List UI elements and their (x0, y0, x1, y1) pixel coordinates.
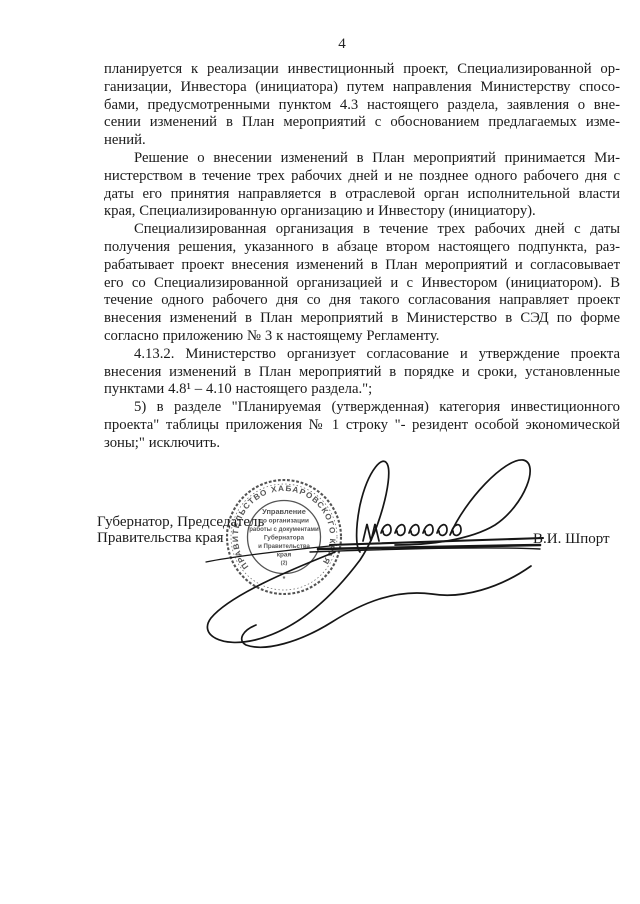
text-line: бами, предусмотренными пунктом 4.3 насто… (104, 97, 620, 115)
text-line: внесения изменений в План мероприятий в … (104, 310, 620, 328)
paragraph: Специализированная организация в течение… (104, 221, 620, 346)
paragraph: Решение о внесении изменений в План меро… (104, 150, 620, 221)
text-line: ганизации, Инвестора (инициатора) путем … (104, 79, 620, 97)
signature-stroke (330, 538, 543, 545)
signer-name: В.И. Шпорт (533, 531, 610, 548)
page-number: 4 (84, 36, 600, 53)
text-line: 4.13.2. Министерство организует согласов… (104, 346, 620, 364)
scanned-document-page: 4 планируется к реализации инвестиционны… (0, 0, 640, 904)
text-line: пунктами 4.8¹ – 4.10 настоящего раздела.… (104, 381, 620, 399)
signature-stroke (206, 546, 330, 562)
text-line: Специализированная организация в течение… (104, 221, 620, 239)
paragraph: 4.13.2. Министерство организует согласов… (104, 346, 620, 399)
text-line: согласно приложению № 3 к настоящему Рег… (104, 328, 620, 346)
text-line: Решение о внесении изменений в План меро… (104, 150, 620, 168)
text-line: нений. (104, 132, 620, 150)
text-line: 5) в разделе "Планируемая (утвержденная)… (104, 399, 620, 417)
text-line: получения решения, указанного в абзаце в… (104, 239, 620, 257)
text-line: нистерством в течение трех рабочих дней … (104, 168, 620, 186)
text-line: внесения изменений в План мероприятий в … (104, 364, 620, 382)
text-line: края, Специализированную организацию и И… (104, 203, 620, 221)
text-line: сении изменений в План мероприятий с обо… (104, 114, 620, 132)
signature-stroke (395, 460, 530, 545)
handwritten-signature (150, 440, 570, 660)
text-line: проекта" таблицы приложения № 1 строку "… (104, 417, 620, 435)
signature-stroke (363, 524, 461, 541)
document-body: планируется к реализации инвестиционный … (104, 61, 620, 453)
text-line: его со Специализированной организацией и… (104, 275, 620, 293)
text-line: планируется к реализации инвестиционный … (104, 61, 620, 79)
text-line: рабатывает проект внесения изменений в П… (104, 257, 620, 275)
text-line: течение одного рабочего дня со дня таког… (104, 292, 620, 310)
signature-stroke (242, 566, 531, 647)
text-line: даты его принятия направляется в отрасле… (104, 186, 620, 204)
paragraph: планируется к реализации инвестиционный … (104, 61, 620, 150)
signature-stroke (207, 461, 388, 642)
